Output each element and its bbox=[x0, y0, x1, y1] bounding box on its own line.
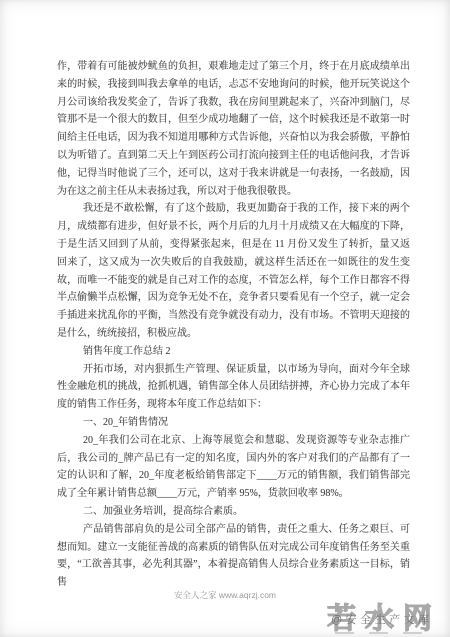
watermark-underline-marks bbox=[335, 632, 422, 634]
watermark-mark bbox=[369, 632, 388, 634]
document-text-area: 作，带着有可能被炒鱿鱼的负担，艰难地走过了第三个月，终于在月底成绩单出来的时候，… bbox=[57, 58, 410, 592]
paragraph: 开拓市场，对内狠抓生产管理、保证质量，以市场为导向，面对今年全球性金融危机的挑战… bbox=[57, 361, 410, 414]
paragraph: 我还是不敢松懈，有了这个鼓励，我更加勤奋于我的工作，接下来的两个月，成绩都有进步… bbox=[57, 200, 410, 342]
watermark-mark bbox=[335, 632, 354, 634]
paragraph: 20_年我们公司在北京、上海等展览会和慧聪、发现资源等专业杂志推广后，我公司的_… bbox=[57, 432, 410, 503]
watermark-overlay-text: @安全生产文库 bbox=[331, 611, 433, 627]
subsection-heading-sales-situation: 一、20_年销售情况 bbox=[57, 414, 410, 432]
subsection-heading-training: 二、加强业务培训，提高综合素质。 bbox=[57, 503, 410, 521]
watermark: 若水网 @安全生产文库 bbox=[325, 596, 447, 636]
section-title-sales-annual-summary-2: 销售年度工作总结 2 bbox=[57, 343, 410, 361]
watermark-mark bbox=[403, 632, 422, 634]
paragraph: 产品销售部肩负的是公司全部产品的销售，责任之重大、任务之艰巨、可想而知。建立一支… bbox=[57, 521, 410, 592]
paragraph-continued: 作，带着有可能被炒鱿鱼的负担，艰难地走过了第三个月，终于在月底成绩单出来的时候，… bbox=[57, 58, 410, 200]
